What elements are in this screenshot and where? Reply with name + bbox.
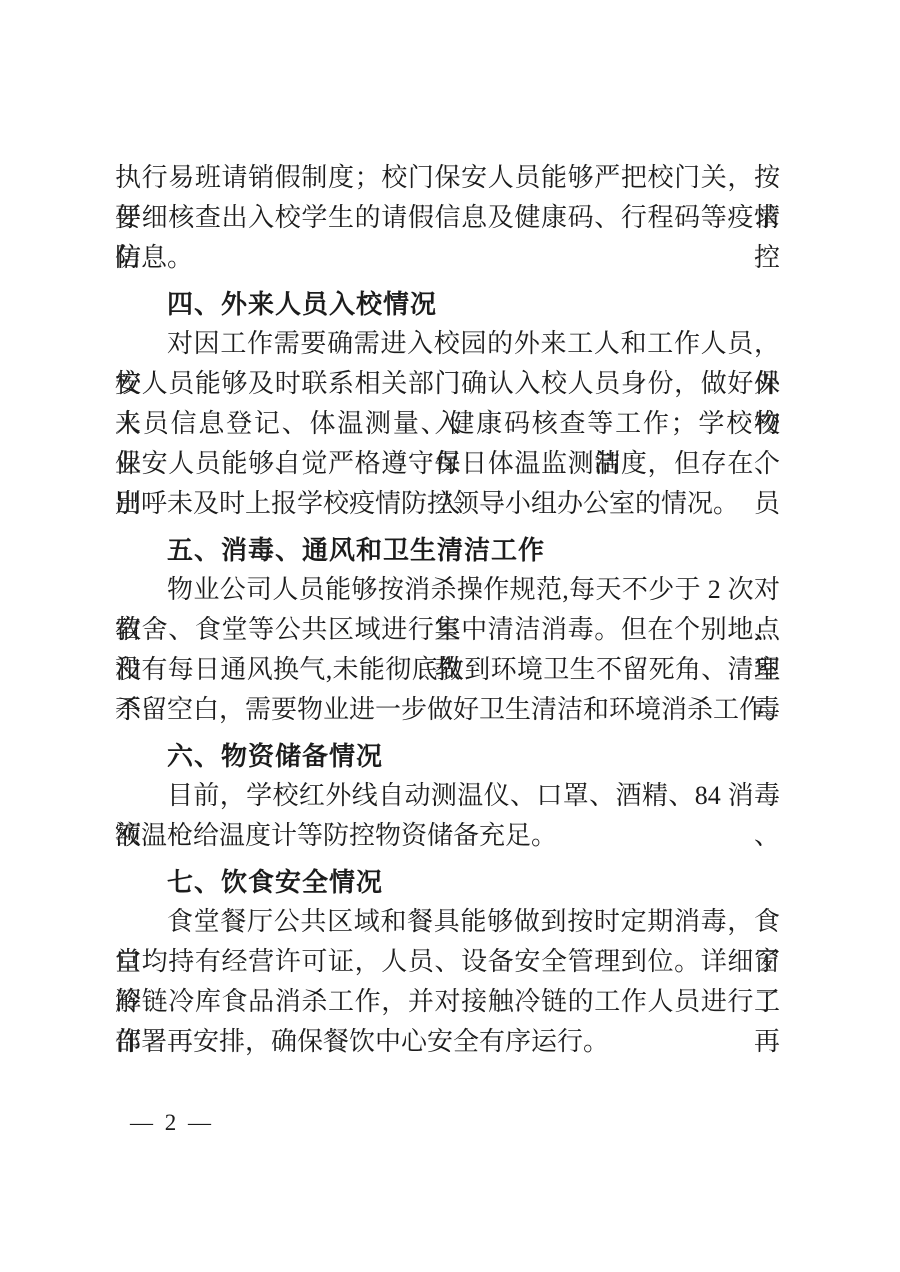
- text-line: 保安人员能够自觉严格遵守每日体温监测制度，但存在个别人员: [115, 444, 780, 484]
- document-body: 执行易班请销假制度；校门保安人员能够严把校门关，按要求 仔细核查出入校学生的请假…: [115, 158, 780, 1062]
- section-heading-6: 六、物资储备情况: [115, 736, 780, 776]
- page-number: — 2 —: [130, 1106, 214, 1140]
- text-line: 对因工作需要确需进入校园的外来工人和工作人员，校门保: [115, 324, 780, 364]
- text-line: 食堂餐厅公共区域和餐具能够做到按时定期消毒，食堂窗: [115, 902, 780, 942]
- text-line: 物业公司人员能够按消杀操作规范,每天不少于 2 次对教室、: [115, 570, 780, 610]
- text-line: 宿舍、食堂等公共区域进行集中清洁消毒。但在个别地点和教室: [115, 610, 780, 650]
- text-line: 安人员能够及时联系相关部门确认入校人员身份，做好外来入校: [115, 364, 780, 404]
- text-line: 冷链冷库食品消杀工作，并对接触冷链的工作人员进行工作再: [115, 982, 780, 1022]
- section-heading-7: 七、饮食安全情况: [115, 862, 780, 902]
- text-line: 没有每日通风换气,未能彻底做到环境卫生不留死角、清理杀毒: [115, 650, 780, 690]
- document-page: 执行易班请销假制度；校门保安人员能够严把校门关，按要求 仔细核查出入校学生的请假…: [0, 0, 900, 1272]
- text-line: 不留空白，需要物业进一步做好卫生清洁和环境消杀工作。: [115, 690, 780, 730]
- text-line: 出呼未及时上报学校疫情防控领导小组办公室的情况。: [115, 484, 780, 524]
- text-line: 目前，学校红外线自动测温仪、口罩、酒精、84 消毒液、: [115, 776, 780, 816]
- text-line: 仔细核查出入校学生的请假信息及健康码、行程码等疫情防控: [115, 198, 780, 238]
- text-line: 人员信息登记、体温测量、健康码核查等工作；学校物业、保洁、: [115, 404, 780, 444]
- section-heading-5: 五、消毒、通风和卫生清洁工作: [115, 530, 780, 570]
- text-line: 口均持有经营许可证，人员、设备安全管理到位。详细了解了: [115, 942, 780, 982]
- section-heading-4: 四、外来人员入校情况: [115, 284, 780, 324]
- text-line: 执行易班请销假制度；校门保安人员能够严把校门关，按要求: [115, 158, 780, 198]
